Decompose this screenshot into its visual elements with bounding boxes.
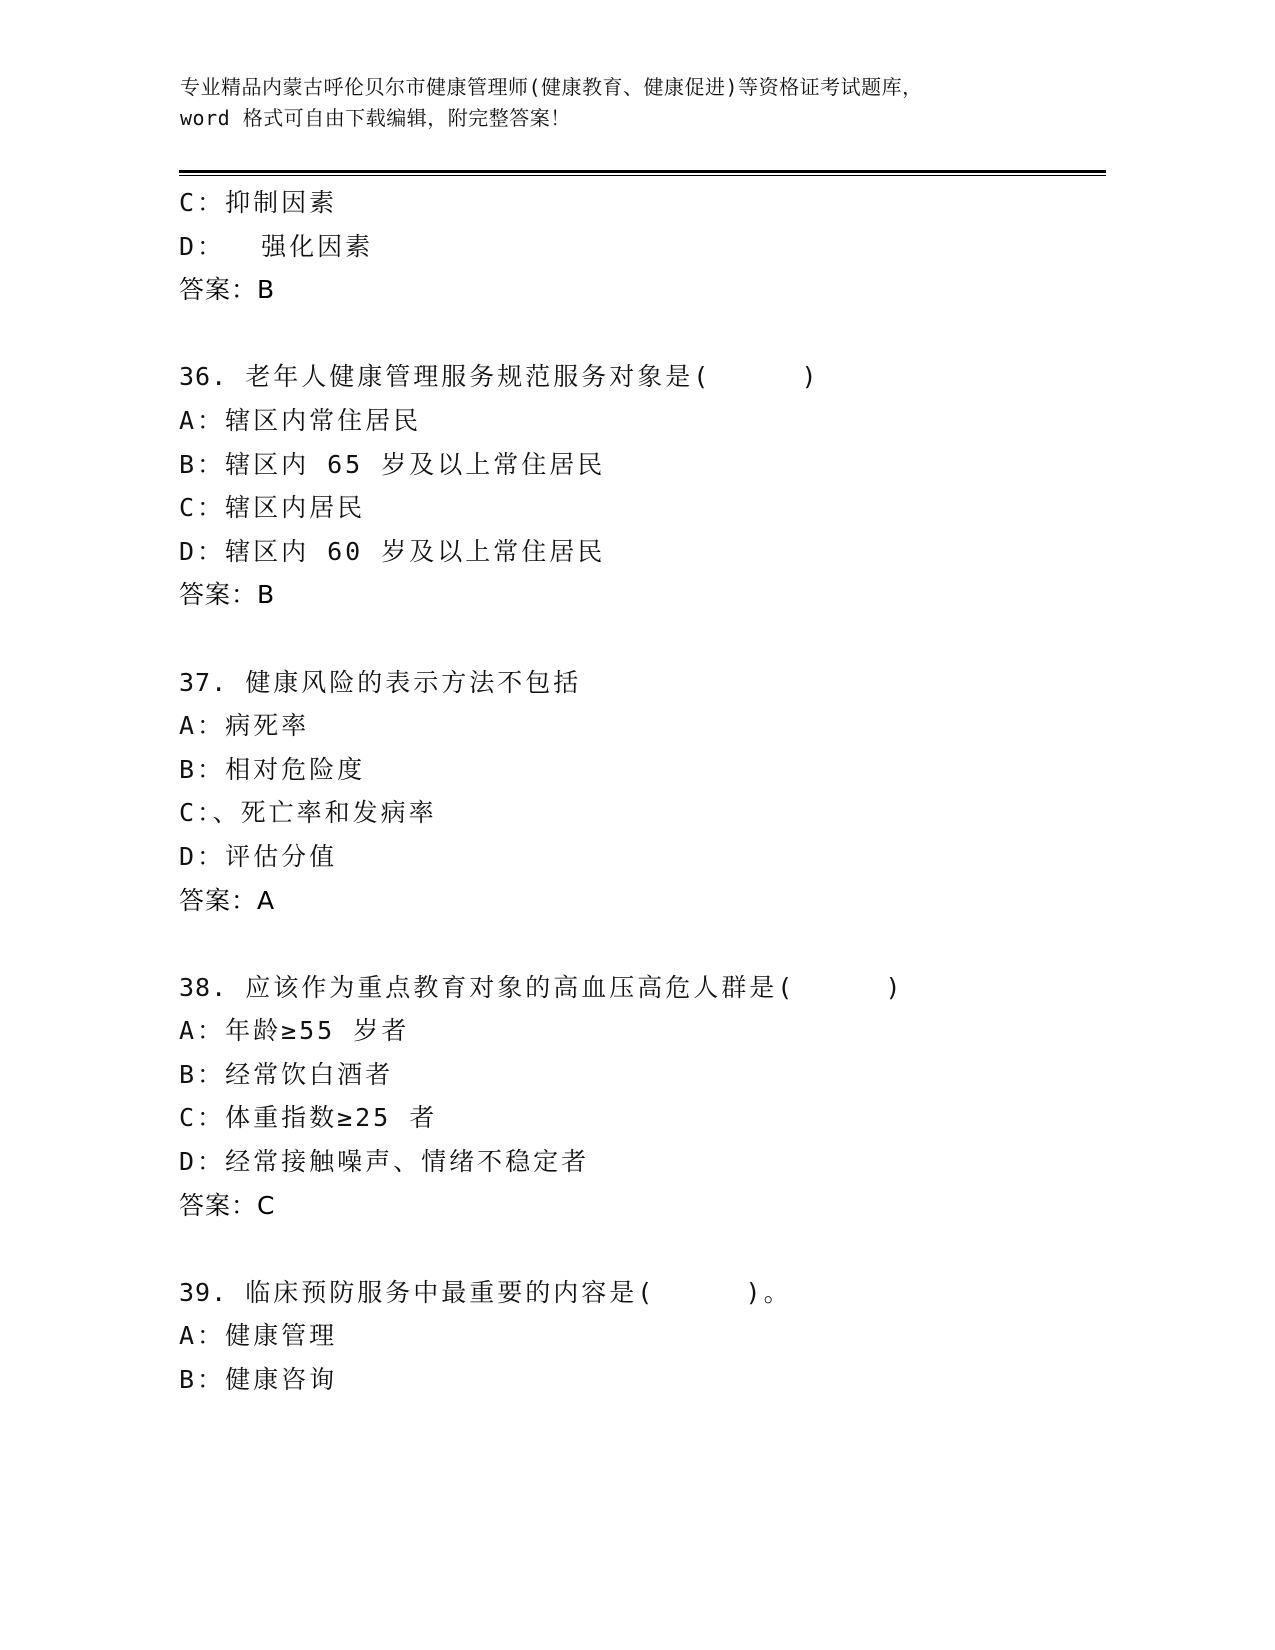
answer-value: A [257, 886, 275, 915]
question-number: 37. [179, 668, 227, 697]
option-text: 辖区内常住居民 [225, 406, 421, 435]
option-c: C：体重指数≥25 者 [179, 1096, 1109, 1140]
answer-label: 答案： [179, 886, 257, 915]
answer-value: C [257, 1191, 275, 1220]
option-c: C：抑制因素 [179, 181, 1109, 225]
option-label: C： [179, 1103, 225, 1132]
header-line-1: 专业精品内蒙古呼伦贝尔市健康管理师(健康教育、健康促进)等资格证考试题库， [180, 72, 1110, 103]
question-stem: 37. 健康风险的表示方法不包括 [179, 661, 1109, 705]
option-text: 健康管理 [225, 1321, 337, 1350]
answer-value: B [257, 275, 275, 304]
answer-value: B [257, 580, 275, 609]
answer-line: 答案：B [179, 573, 1109, 617]
question-text: 老年人健康管理服务规范服务对象是( ) [245, 362, 819, 391]
question-text: 应该作为重点教育对象的高血压高危人群是( ) [245, 973, 903, 1002]
option-label: A： [179, 1321, 225, 1350]
question-stem: 36. 老年人健康管理服务规范服务对象是( ) [179, 355, 1109, 399]
question-list: C：抑制因素 D： 强化因素 答案：B 36. 老年人健康管理服务规范服务对象是… [179, 181, 1109, 1402]
question-text: 健康风险的表示方法不包括 [245, 668, 581, 697]
option-text: 年龄≥55 岁者 [225, 1016, 409, 1045]
option-c: C：、死亡率和发病率 [179, 791, 1109, 835]
question-39: 39. 临床预防服务中最重要的内容是( )。 A：健康管理 B：健康咨询 [179, 1271, 1109, 1402]
option-d: D：经常接触噪声、情绪不稳定者 [179, 1140, 1109, 1184]
option-label: A： [179, 406, 225, 435]
option-b: B：经常饮白酒者 [179, 1053, 1109, 1097]
option-label: D： [179, 232, 225, 261]
question-stem: 39. 临床预防服务中最重要的内容是( )。 [179, 1271, 1109, 1315]
option-b: B：辖区内 65 岁及以上常住居民 [179, 443, 1109, 487]
question-number: 39. [179, 1278, 227, 1307]
option-label: C： [179, 798, 213, 827]
question-text: 临床预防服务中最重要的内容是( )。 [245, 1278, 791, 1307]
option-text: 抑制因素 [225, 188, 337, 217]
option-d: D： 强化因素 [179, 225, 1109, 269]
option-text: 辖区内居民 [225, 493, 365, 522]
option-text: 经常饮白酒者 [225, 1060, 393, 1089]
answer-line: 答案：C [179, 1184, 1109, 1228]
question-stem: 38. 应该作为重点教育对象的高血压高危人群是( ) [179, 966, 1109, 1010]
question-36: 36. 老年人健康管理服务规范服务对象是( ) A：辖区内常住居民 B：辖区内 … [179, 355, 1109, 617]
question-37: 37. 健康风险的表示方法不包括 A：病死率 B：相对危险度 C：、死亡率和发病… [179, 661, 1109, 923]
option-label: C： [179, 493, 225, 522]
question-35-continuation: C：抑制因素 D： 强化因素 答案：B [179, 181, 1109, 312]
option-text: 强化因素 [225, 232, 373, 261]
option-a: A：辖区内常住居民 [179, 399, 1109, 443]
option-a: A：病死率 [179, 704, 1109, 748]
answer-line: 答案：A [179, 879, 1109, 923]
option-text: 、死亡率和发病率 [213, 798, 437, 827]
option-label: D： [179, 537, 225, 566]
option-label: B： [179, 755, 225, 784]
document-header: 专业精品内蒙古呼伦贝尔市健康管理师(健康教育、健康促进)等资格证考试题库， wo… [180, 72, 1110, 134]
answer-label: 答案： [179, 1191, 257, 1220]
divider-thin-line [179, 175, 1106, 176]
option-label: A： [179, 1016, 225, 1045]
option-text: 经常接触噪声、情绪不稳定者 [225, 1147, 589, 1176]
option-text: 评估分值 [225, 842, 337, 871]
option-text: 健康咨询 [225, 1365, 337, 1394]
option-text: 辖区内 65 岁及以上常住居民 [225, 450, 605, 479]
option-label: C： [179, 188, 225, 217]
option-text: 相对危险度 [225, 755, 365, 784]
answer-label: 答案： [179, 275, 257, 304]
question-number: 38. [179, 973, 227, 1002]
option-text: 病死率 [225, 711, 309, 740]
option-c: C：辖区内居民 [179, 486, 1109, 530]
answer-label: 答案： [179, 580, 257, 609]
option-label: D： [179, 1147, 225, 1176]
option-b: B：相对危险度 [179, 748, 1109, 792]
option-a: A：年龄≥55 岁者 [179, 1009, 1109, 1053]
question-number: 36. [179, 362, 227, 391]
answer-line: 答案：B [179, 268, 1109, 312]
option-label: A： [179, 711, 225, 740]
option-a: A：健康管理 [179, 1314, 1109, 1358]
option-d: D：辖区内 60 岁及以上常住居民 [179, 530, 1109, 574]
document-page: 专业精品内蒙古呼伦贝尔市健康管理师(健康教育、健康促进)等资格证考试题库， wo… [0, 0, 1275, 1650]
option-text: 体重指数≥25 者 [225, 1103, 437, 1132]
header-divider [179, 170, 1106, 176]
option-text: 辖区内 60 岁及以上常住居民 [225, 537, 605, 566]
header-line-2: word 格式可自由下载编辑，附完整答案！ [180, 103, 1110, 134]
option-label: D： [179, 842, 225, 871]
option-b: B：健康咨询 [179, 1358, 1109, 1402]
option-d: D：评估分值 [179, 835, 1109, 879]
option-label: B： [179, 450, 225, 479]
option-label: B： [179, 1060, 225, 1089]
question-38: 38. 应该作为重点教育对象的高血压高危人群是( ) A：年龄≥55 岁者 B：… [179, 966, 1109, 1228]
option-label: B： [179, 1365, 225, 1394]
